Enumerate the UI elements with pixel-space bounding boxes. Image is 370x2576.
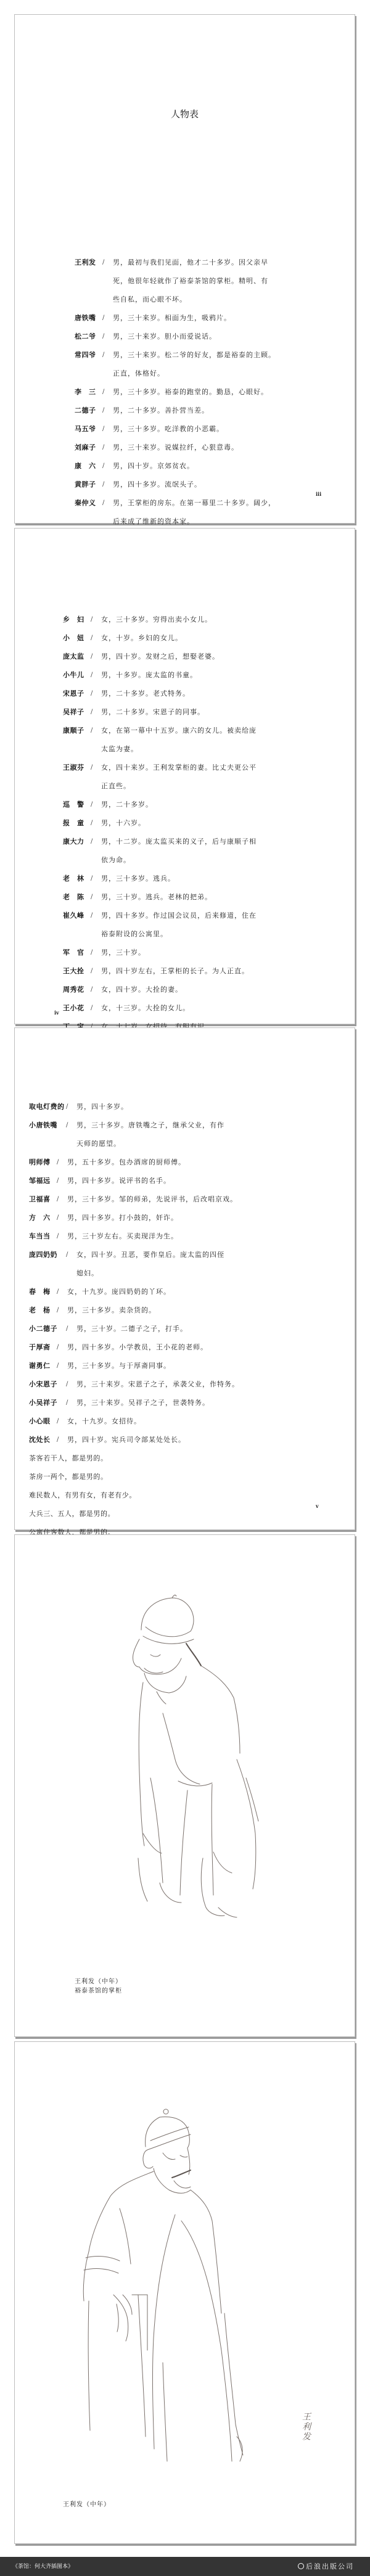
- character-name: 老 林: [63, 874, 84, 883]
- book-page-iv: 乡 妇/女，三十多岁。穷得出卖小女儿。小 妞/女，十岁。乡妇的女儿。庞太监/男，…: [14, 528, 355, 1024]
- book-page-iii: 人物表 王利发/男，最初与我们见面，他才二十多岁。因父亲早死，他很年轻就作了裕泰…: [14, 14, 355, 524]
- wang-lifa-bowing-sketch: [70, 1574, 311, 1944]
- character-description-line: 男，三十多岁。卖杂货的。: [67, 1306, 355, 1315]
- book-page-v: 取电灯费的/男，四十多岁。小唐铁嘴/男，三十多岁。唐铁嘴之子，继承父业，有作天师…: [14, 1027, 355, 1530]
- character-description-line: 男，三十来岁。松二爷的好友，都是裕泰的主顾。: [113, 350, 355, 360]
- extras-line: 难民数人，有男有女，有老有少。: [29, 1491, 355, 1500]
- character-entry: 老 林/男，三十多岁。逃兵。: [63, 874, 355, 883]
- character-name: 卫福喜: [29, 1195, 51, 1204]
- character-entry: 春 梅/女，十九岁。庞四奶奶的丫环。: [29, 1287, 355, 1296]
- separator-slash: /: [91, 763, 92, 772]
- separator-slash: /: [57, 1343, 59, 1352]
- publisher-brand[interactable]: 后浪出版公司: [298, 2561, 354, 2571]
- character-description-line: 男，四十岁左右，王掌柜的长子。为人正直。: [101, 966, 355, 976]
- separator-slash: /: [91, 985, 92, 994]
- character-description-line: 男，三十岁。逃兵。老林的把弟。: [101, 892, 355, 902]
- separator-slash: /: [66, 1324, 68, 1333]
- character-description-line: 媳妇。: [76, 1269, 355, 1278]
- character-entry: 小 妞/女，十岁。乡妇的女儿。: [63, 633, 355, 643]
- character-entry: 二德子/男，二十多岁。善扑营当差。: [75, 406, 355, 415]
- character-entry: 取电灯费的/男，四十多岁。: [29, 1102, 355, 1111]
- character-description-line: 男，三十多岁。吃洋教的小恶霸。: [113, 424, 355, 434]
- character-name: 王利发: [75, 258, 96, 267]
- character-name: 巡 警: [63, 800, 84, 809]
- character-entry: 明师傅/男，五十多岁。包办酒席的厨师傅。: [29, 1158, 355, 1167]
- character-entry: 刘麻子/男，三十来岁。说媒拉纤，心狠意毒。: [75, 443, 355, 452]
- page-number: iii: [316, 491, 321, 497]
- character-description-line: 女，三十多岁。穷得出卖小女儿。: [101, 615, 355, 624]
- extras-line: 大兵三、五人，都是男的。: [29, 1509, 355, 1518]
- character-name: 常四爷: [75, 350, 96, 360]
- character-entry: 唐铁嘴/男，三十来岁。相面为生，吸鸦片。: [75, 313, 355, 323]
- character-entry: 车当当/男，三十岁左右。买卖现洋为生。: [29, 1232, 355, 1241]
- character-description-line: 男，四十多岁。: [76, 1102, 355, 1111]
- character-description-line: 男，四十岁。发财之后，想娶老婆。: [101, 652, 355, 661]
- character-entry: 周秀花/女，四十岁。大拴的妻。: [63, 985, 355, 994]
- character-description-line: 男，三十岁。二德子之子，打手。: [76, 1324, 355, 1333]
- separator-slash: /: [91, 837, 92, 846]
- illustration-caption: 王利发（中年）: [63, 2500, 110, 2509]
- separator-slash: /: [91, 615, 92, 624]
- separator-slash: /: [102, 461, 104, 471]
- separator-slash: /: [91, 818, 92, 828]
- character-entry: 庞四奶奶/女，四十岁。丑恶，要作皇后。庞太监的四侄媳妇。: [29, 1250, 355, 1278]
- character-entry: 卫福喜/男，三十多岁。邹的师弟，先说评书，后改唱京戏。: [29, 1195, 355, 1204]
- character-name: 康顺子: [63, 726, 84, 735]
- character-entry: 王小花/女，十三岁。大拴的女儿。: [63, 1003, 355, 1013]
- character-name: 取电灯费的: [29, 1102, 65, 1111]
- extras-line: 茶客若干人，都是男的。: [29, 1454, 355, 1463]
- character-description-line: 男，三十岁。: [101, 948, 355, 957]
- separator-slash: /: [102, 350, 104, 360]
- character-name: 军 官: [63, 948, 84, 957]
- separator-slash: /: [102, 258, 104, 267]
- character-description-line: 些自私，而心眼不坏。: [113, 295, 355, 304]
- character-name: 谢勇仁: [29, 1361, 51, 1370]
- character-name: 于厚斋: [29, 1343, 51, 1352]
- character-name: 老 杨: [29, 1306, 51, 1315]
- character-description-line: 女，十九岁。庞四奶奶的丫环。: [67, 1287, 355, 1296]
- separator-slash: /: [91, 1003, 92, 1013]
- character-description-line: 女，在第一幕中十五岁。康六的女儿。被卖给庞: [101, 726, 355, 735]
- character-entry: 方 六/男，四十多岁。打小鼓的，奸诈。: [29, 1213, 355, 1222]
- character-description-line: 男，三十多岁。唐铁嘴之子，继承父业，有作: [76, 1121, 355, 1130]
- character-name: 庞四奶奶: [29, 1250, 57, 1259]
- character-description-line: 女，四十岁。大拴的妻。: [101, 985, 355, 994]
- separator-slash: /: [57, 1417, 59, 1426]
- wang-lifa-standing-sketch: [39, 2091, 274, 2492]
- separator-slash: /: [102, 424, 104, 434]
- character-description-line: 男，四十多岁。小学教员，王小花的老师。: [67, 1343, 355, 1352]
- character-description-line: 男，最初与我们见面，他才二十多岁。因父亲早: [113, 258, 355, 267]
- character-description-line: 正直些。: [101, 781, 355, 791]
- separator-slash: /: [102, 332, 104, 341]
- character-name: 小二德子: [29, 1324, 57, 1333]
- illustration-caption: 王利发（中年） 裕泰茶馆的掌柜: [75, 1977, 122, 1996]
- character-name: 康 六: [75, 461, 96, 471]
- separator-slash: /: [91, 800, 92, 809]
- character-entry: 吴祥子/男，二十多岁。宋恩子的同事。: [63, 707, 355, 717]
- character-name: 乡 妇: [63, 615, 84, 624]
- character-name: 王大拴: [63, 966, 84, 976]
- extras-line: 茶房一两个，都是男的。: [29, 1472, 355, 1481]
- character-name: 王淑芬: [63, 763, 84, 772]
- character-entry: 王大拴/男，四十岁左右，王掌柜的长子。为人正直。: [63, 966, 355, 976]
- character-name: 庞太监: [63, 652, 84, 661]
- page-number: iv: [54, 1010, 59, 1016]
- character-entry: 小宋恩子/男，三十来岁。宋恩子之子，承袭父业，作特务。: [29, 1380, 355, 1389]
- artist-signature: 王利发: [300, 2412, 312, 2442]
- character-description-line: 男，二十多岁。善扑营当差。: [113, 406, 355, 415]
- separator-slash: /: [57, 1213, 59, 1222]
- character-entry: 乡 妇/女，三十多岁。穷得出卖小女儿。: [63, 615, 355, 624]
- character-description-line: 男，四十岁。京郊贫农。: [113, 461, 355, 471]
- character-entry: 康 六/男，四十岁。京郊贫农。: [75, 461, 355, 471]
- character-name: 小牛儿: [63, 670, 84, 680]
- character-entry: 李 三/男，三十多岁。裕泰的跑堂的。勤恳，心眼好。: [75, 387, 355, 397]
- separator-slash: /: [57, 1435, 59, 1444]
- separator-slash: /: [57, 1232, 59, 1241]
- character-description-line: 女，四十岁。丑恶，要作皇后。庞太监的四侄: [76, 1250, 355, 1259]
- character-description-line: 依为命。: [101, 855, 355, 865]
- character-entry: 秦仲义/男，王掌柜的房东。在第一幕里二十多岁。阔少，后来成了维新的资本家。: [75, 498, 355, 526]
- character-name: 车当当: [29, 1232, 51, 1241]
- character-description-line: 男，四十多岁。流氓头子。: [113, 480, 355, 489]
- separator-slash: /: [66, 1121, 68, 1130]
- caption-subtitle: 裕泰茶馆的掌柜: [75, 1986, 122, 1996]
- character-description-line: 男，四十岁。宪兵司令部某处处长。: [67, 1435, 355, 1444]
- character-name: 小吴祥子: [29, 1398, 57, 1407]
- separator-slash: /: [102, 443, 104, 452]
- separator-slash: /: [102, 480, 104, 489]
- character-name: 小心眼: [29, 1417, 51, 1426]
- character-entry: 小二德子/男，三十岁。二德子之子，打手。: [29, 1324, 355, 1333]
- character-description-line: 正直，体格好。: [113, 369, 355, 378]
- character-description-line: 男，二十多岁。: [101, 800, 355, 809]
- illustration-page-1: 王利发（中年） 裕泰茶馆的掌柜: [14, 1534, 355, 2037]
- character-entry: 小牛儿/男，十多岁。庞太监的书童。: [63, 670, 355, 680]
- character-entry: 老 杨/男，三十多岁。卖杂货的。: [29, 1306, 355, 1315]
- publisher-name: 后浪出版公司: [306, 2562, 354, 2570]
- character-description-line: 男，四十多岁。说评书的名手。: [67, 1176, 355, 1185]
- character-entry: 崔久峰/男，四十多岁。作过国会议员，后来修道，住在裕泰附设的公寓里。: [63, 911, 355, 939]
- character-name: 崔久峰: [63, 911, 84, 920]
- character-entry: 报 童/男，十六岁。: [63, 818, 355, 828]
- character-entry: 小心眼/女，十九岁。女招待。: [29, 1417, 355, 1426]
- character-description-line: 男，十二岁。庞太监买来的义子，后与康顺子相: [101, 837, 355, 846]
- separator-slash: /: [66, 1102, 68, 1111]
- separator-slash: /: [91, 966, 92, 976]
- separator-slash: /: [91, 948, 92, 957]
- character-name: 马五爷: [75, 424, 96, 434]
- character-description-line: 男，三十来岁。说媒拉纤，心狠意毒。: [113, 443, 355, 452]
- character-entry: 康大力/男，十二岁。庞太监买来的义子，后与康顺子相依为命。: [63, 837, 355, 865]
- character-description-line: 男，三十岁左右。买卖现洋为生。: [67, 1232, 355, 1241]
- character-name: 春 梅: [29, 1287, 51, 1296]
- character-description-line: 男，三十多岁。邹的师弟，先说评书，后改唱京戏。: [67, 1195, 355, 1204]
- character-description-line: 女，十九岁。女招待。: [67, 1417, 355, 1426]
- character-entry: 谢勇仁/男，三十多岁。与于厚斋同事。: [29, 1361, 355, 1370]
- separator-slash: /: [102, 498, 104, 508]
- separator-slash: /: [91, 652, 92, 661]
- character-description-line: 男，四十多岁。打小鼓的，奸诈。: [67, 1213, 355, 1222]
- character-name: 李 三: [75, 387, 96, 397]
- separator-slash: /: [57, 1306, 59, 1315]
- separator-slash: /: [102, 313, 104, 323]
- character-name: 小宋恩子: [29, 1380, 57, 1389]
- character-name: 松二爷: [75, 332, 96, 341]
- separator-slash: /: [66, 1398, 68, 1407]
- separator-slash: /: [57, 1287, 59, 1296]
- character-entry: 宋恩子/男，二十多岁。老式特务。: [63, 689, 355, 698]
- separator-slash: /: [102, 387, 104, 397]
- character-list: 乡 妇/女，三十多岁。穷得出卖小女儿。小 妞/女，十岁。乡妇的女儿。庞太监/男，…: [15, 615, 355, 1059]
- character-entry: 松二爷/男，三十来岁。胆小而爱说话。: [75, 332, 355, 341]
- separator-slash: /: [91, 707, 92, 717]
- extras-list: 茶客若干人，都是男的。茶房一两个，都是男的。难民数人，有男有女，有老有少。大兵三…: [29, 1454, 355, 1546]
- character-name: 秦仲义: [75, 498, 96, 508]
- character-description-line: 男，十六岁。: [101, 818, 355, 828]
- character-description-line: 男，三十来岁。相面为生，吸鸦片。: [113, 313, 355, 323]
- character-description-line: 男，四十多岁。作过国会议员，后来修道，住在: [101, 911, 355, 920]
- character-description-line: 男，三十来岁。宋恩子之子，承袭父业，作特务。: [76, 1380, 355, 1389]
- character-description-line: 死，他很年轻就作了裕泰茶馆的掌柜。精明、有: [113, 276, 355, 286]
- character-name: 小唐铁嘴: [29, 1121, 57, 1130]
- caption-title: 王利发（中年）: [75, 1977, 122, 1986]
- character-name: 康大力: [63, 837, 84, 846]
- character-name: 方 六: [29, 1213, 51, 1222]
- character-name: 老 陈: [63, 892, 84, 902]
- character-entry: 于厚斋/男，四十多岁。小学教员，王小花的老师。: [29, 1343, 355, 1352]
- page-title: 人物表: [15, 107, 355, 120]
- character-list: 王利发/男，最初与我们见面，他才二十多岁。因父亲早死，他很年轻就作了裕泰茶馆的掌…: [15, 258, 355, 554]
- character-description-line: 女，四十来岁。王利发掌柜的妻。比丈夫更公平: [101, 763, 355, 772]
- character-name: 小 妞: [63, 633, 84, 643]
- page-number: v: [316, 1503, 319, 1509]
- separator-slash: /: [102, 406, 104, 415]
- character-name: 明师傅: [29, 1158, 51, 1167]
- character-entry: 康顺子/女，在第一幕中十五岁。康六的女儿。被卖给庞太监为妻。: [63, 726, 355, 754]
- character-description-line: 太监为妻。: [101, 744, 355, 754]
- character-name: 邹福远: [29, 1176, 51, 1185]
- character-entry: 王淑芬/女，四十来岁。王利发掌柜的妻。比丈夫更公平正直些。: [63, 763, 355, 791]
- character-name: 沈处长: [29, 1435, 51, 1444]
- character-entry: 小唐铁嘴/男，三十多岁。唐铁嘴之子，继承父业，有作天师的愿望。: [29, 1121, 355, 1148]
- separator-slash: /: [91, 874, 92, 883]
- character-description-line: 男，五十多岁。包办酒席的厨师傅。: [67, 1158, 355, 1167]
- character-list: 取电灯费的/男，四十多岁。小唐铁嘴/男，三十多岁。唐铁嘴之子，继承父业，有作天师…: [15, 1102, 355, 1454]
- separator-slash: /: [57, 1176, 59, 1185]
- character-entry: 沈处长/男，四十岁。宪兵司令部某处处长。: [29, 1435, 355, 1444]
- character-entry: 小吴祥子/男，三十来岁。吴祥子之子，世袭特务。: [29, 1398, 355, 1407]
- character-description-line: 男，三十多岁。裕泰的跑堂的。勤恳，心眼好。: [113, 387, 355, 397]
- character-name: 黄胖子: [75, 480, 96, 489]
- separator-slash: /: [57, 1158, 59, 1167]
- separator-slash: /: [91, 892, 92, 902]
- character-name: 刘麻子: [75, 443, 96, 452]
- character-description-line: 男，三十来岁。胆小而爱说话。: [113, 332, 355, 341]
- book-title: 《茶馆：何大齐插图本》: [12, 2562, 73, 2570]
- separator-slash: /: [66, 1380, 68, 1389]
- character-name: 吴祥子: [63, 707, 84, 717]
- publisher-logo-icon: [298, 2563, 304, 2569]
- character-entry: 常四爷/男，三十来岁。松二爷的好友，都是裕泰的主顾。正直，体格好。: [75, 350, 355, 378]
- footer-bar: 《茶馆：何大齐插图本》 后浪出版公司: [0, 2557, 370, 2576]
- character-description-line: 女，十三岁。大拴的女儿。: [101, 1003, 355, 1013]
- character-description-line: 男，三十多岁。逃兵。: [101, 874, 355, 883]
- character-entry: 庞太监/男，四十岁。发财之后，想娶老婆。: [63, 652, 355, 661]
- separator-slash: /: [91, 911, 92, 920]
- separator-slash: /: [66, 1250, 68, 1259]
- character-entry: 军 官/男，三十岁。: [63, 948, 355, 957]
- character-description-line: 裕泰附设的公寓里。: [101, 929, 355, 939]
- character-description-line: 男，十多岁。庞太监的书童。: [101, 670, 355, 680]
- character-name: 宋恩子: [63, 689, 84, 698]
- separator-slash: /: [57, 1195, 59, 1204]
- character-description-line: 男，三十多岁。与于厚斋同事。: [67, 1361, 355, 1370]
- character-name: 周秀花: [63, 985, 84, 994]
- separator-slash: /: [57, 1361, 59, 1370]
- character-entry: 老 陈/男，三十岁。逃兵。老林的把弟。: [63, 892, 355, 902]
- character-entry: 王利发/男，最初与我们见面，他才二十多岁。因父亲早死，他很年轻就作了裕泰茶馆的掌…: [75, 258, 355, 304]
- character-entry: 马五爷/男，三十多岁。吃洋教的小恶霸。: [75, 424, 355, 434]
- character-description-line: 男，二十多岁。老式特务。: [101, 689, 355, 698]
- illustration-page-2: 王利发 王利发（中年）: [14, 2041, 355, 2544]
- character-name: 王小花: [63, 1003, 84, 1013]
- character-description-line: 女，十岁。乡妇的女儿。: [101, 633, 355, 643]
- character-name: 二德子: [75, 406, 96, 415]
- character-entry: 黄胖子/男，四十多岁。流氓头子。: [75, 480, 355, 489]
- character-description-line: 男，二十多岁。宋恩子的同事。: [101, 707, 355, 717]
- character-description-line: 天师的愿望。: [76, 1139, 355, 1148]
- separator-slash: /: [91, 670, 92, 680]
- character-description-line: 后来成了维新的资本家。: [113, 517, 355, 526]
- character-name: 报 童: [63, 818, 84, 828]
- character-description-line: 男，王掌柜的房东。在第一幕里二十多岁。阔少，: [113, 498, 355, 508]
- character-description-line: 男，三十来岁。吴祥子之子，世袭特务。: [76, 1398, 355, 1407]
- character-entry: 巡 警/男，二十多岁。: [63, 800, 355, 809]
- separator-slash: /: [91, 726, 92, 735]
- separator-slash: /: [91, 689, 92, 698]
- separator-slash: /: [91, 633, 92, 643]
- character-entry: 邹福远/男，四十多岁。说评书的名手。: [29, 1176, 355, 1185]
- character-name: 唐铁嘴: [75, 313, 96, 323]
